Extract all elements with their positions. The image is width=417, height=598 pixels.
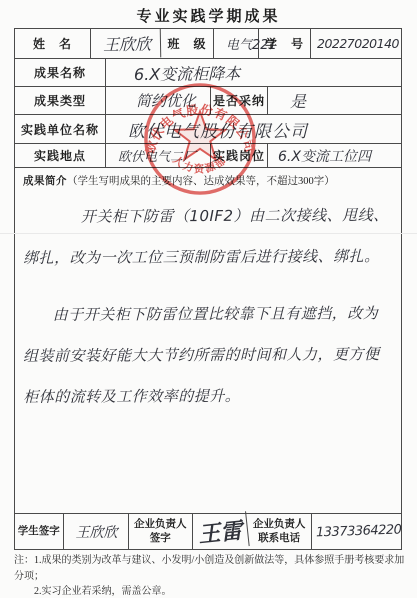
manager-signature-label: 企业负责人签字 bbox=[129, 514, 193, 549]
footnote-1: 注：1.成果的类别为改革与建议、小发明/小创造及创新做法等，具体参照手册考核要求… bbox=[14, 553, 406, 584]
scanned-form-page: 专业实践学期成果 姓 名 王欣欣 班 级 电气221 学 号 202270201… bbox=[0, 0, 417, 598]
post-value: 6.X变流工位四 bbox=[268, 144, 401, 167]
phone-label-line2: 联系电话 bbox=[258, 533, 300, 544]
phone-label-line1: 企业负责人 bbox=[253, 519, 306, 530]
result-type-label: 成果类型 bbox=[15, 87, 106, 114]
student-id-label: 学 号 bbox=[259, 29, 311, 58]
row-result-name: 成果名称 6.X变流柜降本 bbox=[15, 59, 401, 87]
form-table: 姓 名 王欣欣 班 级 电气221 学 号 20227020140 成果名称 6… bbox=[14, 28, 402, 550]
student-signature-value: 王欣欣 bbox=[64, 514, 129, 549]
footnotes: 注：1.成果的类别为改革与建议、小发明/小创造及创新做法等，具体参照手册考核要求… bbox=[14, 553, 406, 598]
row-company: 实践单位名称 欧伏电气股份有限公司 bbox=[15, 115, 401, 144]
manager-label-line2: 签字 bbox=[150, 533, 171, 544]
company-label: 实践单位名称 bbox=[15, 115, 106, 143]
intro-box: 成果简介（学生写明成果的主要内容、达成效果等，不超过300字） 开关柜下防雷（1… bbox=[15, 168, 401, 513]
footnote-2: 2.实习企业若采纳，需盖公章。 bbox=[14, 584, 406, 598]
row-location: 实践地点 欧伏电气二厂 实践岗位 6.X变流工位四 bbox=[15, 144, 401, 168]
location-value: 欧伏电气二厂 bbox=[106, 144, 211, 167]
result-type-value: 简约优化 bbox=[106, 87, 211, 114]
name-label: 姓 名 bbox=[15, 29, 91, 58]
intro-paragraph-1: 开关柜下防雷（10IF2）由二次接线、甩线、绑扎，改为一次工位三预制防雷后进行接… bbox=[23, 195, 393, 279]
name-value: 王欣欣 bbox=[91, 28, 161, 58]
intro-header: 成果简介（学生写明成果的主要内容、达成效果等，不超过300字） bbox=[23, 173, 393, 188]
result-name-value: 6.X变流柜降本 bbox=[106, 58, 401, 88]
page-title: 专业实践学期成果 bbox=[0, 5, 417, 26]
manager-phone-value: 13373364220 bbox=[311, 512, 402, 550]
company-value: 欧伏电气股份有限公司 bbox=[106, 115, 401, 143]
class-value: 电气221 bbox=[214, 29, 259, 58]
manager-signature-value: 王雷 bbox=[191, 511, 250, 552]
manager-label-line1: 企业负责人 bbox=[134, 519, 187, 530]
intro-header-note: （学生写明成果的主要内容、达成效果等，不超过300字） bbox=[67, 176, 335, 187]
student-id-value: 20227020140 bbox=[311, 29, 401, 58]
result-name-label: 成果名称 bbox=[15, 59, 106, 86]
class-label: 班 级 bbox=[161, 29, 214, 58]
location-label: 实践地点 bbox=[15, 144, 106, 167]
accepted-label: 是否采纳 bbox=[211, 87, 268, 114]
row-result-type: 成果类型 简约优化 是否采纳 是 bbox=[15, 87, 401, 115]
accepted-value: 是 bbox=[268, 87, 401, 114]
manager-phone-label: 企业负责人联系电话 bbox=[248, 514, 312, 549]
row-signatures: 学生签字 王欣欣 企业负责人签字 王雷 企业负责人联系电话 1337336422… bbox=[15, 514, 401, 549]
student-signature-label: 学生签字 bbox=[15, 514, 64, 549]
row-basic-info: 姓 名 王欣欣 班 级 电气221 学 号 20227020140 bbox=[15, 29, 401, 59]
post-label: 实践岗位 bbox=[211, 144, 268, 167]
intro-header-label: 成果简介 bbox=[23, 176, 67, 187]
row-intro: 成果简介（学生写明成果的主要内容、达成效果等，不超过300字） 开关柜下防雷（1… bbox=[15, 168, 401, 514]
intro-paragraph-2: 由于开关柜下防雷位置比较靠下且有遮挡，改为组装前安装好能大大节约所需的时间和人力… bbox=[23, 293, 394, 418]
